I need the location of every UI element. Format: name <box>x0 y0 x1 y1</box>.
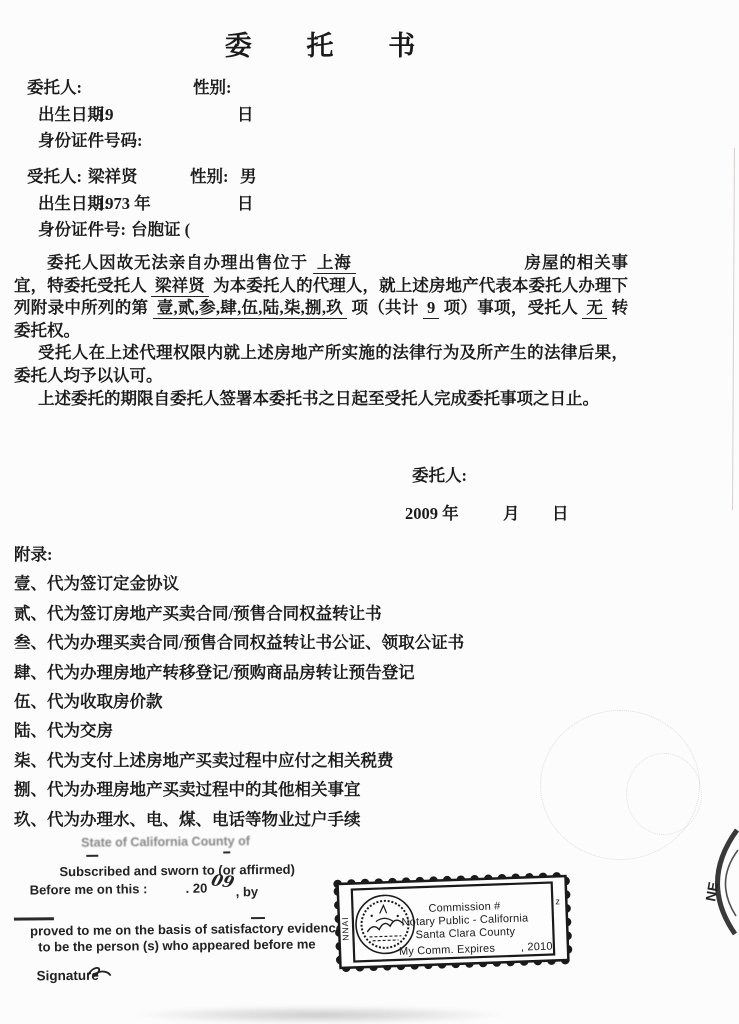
notary-sworn-line: Subscribed and sworn to (or affirmed) <box>59 863 295 878</box>
agent-gender-value: 男 <box>240 169 257 186</box>
body-paragraphs: 委托人因故无法亲自办理出售位于 上海房屋的相关事宜，特委托受托人 梁祥贤 为本委… <box>14 252 628 410</box>
notary-date-prefix: . 20 <box>186 882 208 895</box>
paragraph-1: 委托人因故无法亲自办理出售位于 上海房屋的相关事宜，特委托受托人 梁祥贤 为本委… <box>14 252 628 342</box>
faint-round-stamp-inner-outline <box>626 753 702 835</box>
principal-dob-day: 日 <box>237 107 254 124</box>
p1-seg4: 项（共计 <box>351 298 418 317</box>
appendix-item-8: 捌、代为办理房地产买卖过程中的其他相关事宜 <box>14 781 464 798</box>
document-title: 委 托 书 <box>0 24 640 63</box>
bottom-scan-smudge <box>130 1006 510 1024</box>
handwritten-year: 09 <box>210 872 236 890</box>
stamp-commission-line: Commission # <box>428 900 501 915</box>
dash-mark-4 <box>251 917 265 919</box>
edge-stamp-letters: NE <box>702 881 721 903</box>
appendix-item-5: 伍、代为收取房价款 <box>14 693 464 710</box>
dash-mark-2 <box>223 851 230 853</box>
principal-label: 委托人: <box>27 80 82 97</box>
p1-items-underlined: 壹,贰,参,肆,伍,陆,柒,捌,玖 <box>153 298 347 319</box>
appendix-item-7: 柒、代为支付上述房地产买卖过程中应付之相关税费 <box>14 752 464 769</box>
appendix-title: 附录: <box>14 546 464 563</box>
p1-agent-name-underlined: 梁祥贤 <box>151 276 209 297</box>
appendix-item-1: 壹、代为签订定金协议 <box>14 575 464 592</box>
principal-dob-value: 19 <box>97 107 114 124</box>
appendix-item-9: 玖、代为办理水、电、煤、电话等物业过户手续 <box>14 811 464 828</box>
notary-acknowledgment: State of California County of Subscribed… <box>0 826 341 1020</box>
paragraph-2: 受托人在上述代理权限内就上述房地产所实施的法律行为及所产生的法律后果，委托人均予… <box>14 342 628 387</box>
stamp-left-vertical-text: NNAI <box>340 916 351 941</box>
notary-proof-line-2: to be the person (s) who appeared before… <box>38 937 316 953</box>
signature-date-day: 日 <box>552 506 569 523</box>
principal-id-label: 身份证件号码: <box>38 133 143 150</box>
p1-none-underlined: 无 <box>582 298 607 319</box>
notary-date-suffix: , by <box>236 885 259 898</box>
agent-gender-label: 性别: <box>190 169 229 186</box>
dash-mark-1 <box>86 855 98 857</box>
notary-proof-line-1: proved to me on the basis of satisfactor… <box>30 921 343 937</box>
signature-squiggle-mark <box>86 965 112 981</box>
agent-id-value: 台胞证 ( <box>131 222 190 239</box>
signature-date-month: 月 <box>503 506 520 523</box>
appendix-list: 附录: 壹、代为签订定金协议 贰、代为签订房地产买卖合同/预售合同权益转让书 叁… <box>14 546 464 828</box>
scan-edge-line <box>732 148 735 510</box>
appendix-item-6: 陆、代为交房 <box>14 722 464 739</box>
notary-stamp: Commission # Notary Public - California … <box>330 868 575 976</box>
appendix-item-2: 贰、代为签订房地产买卖合同/预售合同权益转让书 <box>14 605 464 622</box>
agent-name: 梁祥贤 <box>88 169 138 186</box>
dash-mark-3 <box>14 917 54 920</box>
agent-dob-value: 1973 年 <box>97 196 151 213</box>
signature-date-year: 2009 年 <box>405 506 459 523</box>
agent-label: 受托人: <box>27 169 82 186</box>
p1-count-underlined: 9 <box>423 298 439 319</box>
notary-before-line: Before me on this : <box>30 882 148 896</box>
poa-document-page: 委 托 书 委托人: 性别: 出生日期: 19 日 身份证件号码: 受托人: 梁… <box>0 0 739 1024</box>
agent-id-label: 身份证件号: <box>38 222 126 239</box>
p1-seg5: 项）事项，受托人 <box>444 298 578 317</box>
edge-partial-stamp: NE <box>693 826 739 938</box>
signature-principal-label: 委托人: <box>412 468 467 485</box>
appendix-item-3: 叁、代为办理买卖合同/预售合同权益转让书公证、领取公证书 <box>14 634 464 651</box>
stamp-expires-year: , 2010 <box>521 941 553 954</box>
notary-state-line: State of California County of <box>81 835 250 849</box>
principal-gender-label: 性别: <box>193 80 232 97</box>
p1-location-underlined: 上海 <box>313 253 356 274</box>
paragraph-3: 上述委托的期限自委托人签署本委托书之日起至受托人完成委托事项之日止。 <box>14 388 628 411</box>
appendix-item-4: 肆、代为办理房地产转移登记/预购商品房转让预告登记 <box>14 664 464 681</box>
agent-dob-day: 日 <box>237 196 254 213</box>
stamp-right-mark: z <box>555 896 560 906</box>
p1-seg1: 委托人因故无法亲自办理出售位于 <box>47 253 308 272</box>
